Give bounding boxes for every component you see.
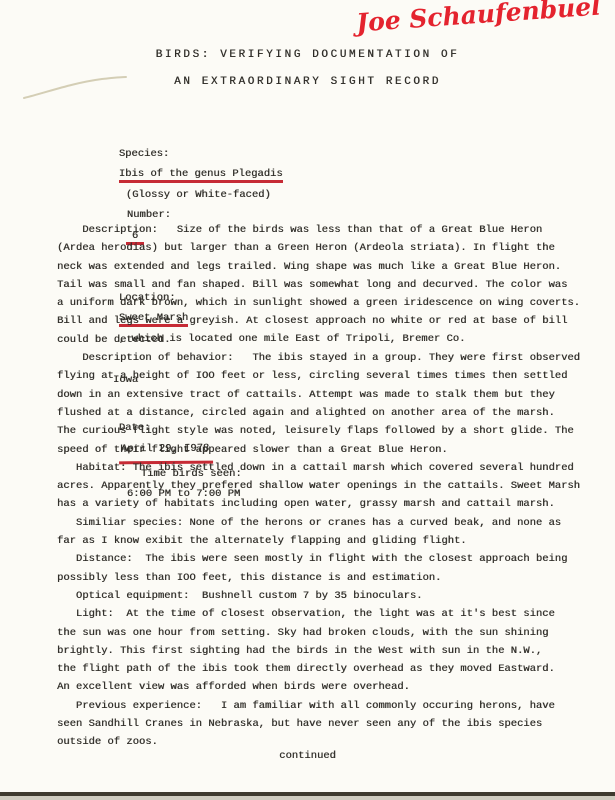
species-qualifier: (Glossy or White-faced) [126,189,271,201]
document-line: Previous experience: I am familiar with … [57,697,580,715]
document-line: speed of their flight appeared slower th… [57,441,580,459]
document-line: An excellent view was afforded when bird… [57,678,580,696]
document-line: Habitat: The ibis settled down in a catt… [57,459,580,477]
document-line: could be detected. [57,331,580,349]
document-body: Description: Size of the birds was less … [57,221,580,752]
document-line: Bill and legs were a greyish. At closest… [57,312,580,330]
document-line: down in an extensive tract of cattails. … [57,386,580,404]
document-line: has a variety of habitats including open… [57,495,580,513]
document-line: (Ardea herodias) but larger than a Green… [57,239,580,257]
document-line: flying at a height of IOO feet or less, … [57,367,580,385]
document-line: the flight path of the ibis took them di… [57,660,580,678]
number-label: Number: [127,209,171,221]
handwritten-signature: Joe Schaufenbuel [355,0,601,38]
document-line: brightly. This first sighting had the bi… [57,642,580,660]
species-label: Species: [119,148,169,160]
document-line: Distance: The ibis were seen mostly in f… [57,550,580,568]
title-line-2: AN EXTRAORDINARY SIGHT RECORD [0,75,615,89]
continued-footer: continued [0,750,615,762]
document-line: Optical equipment: Bushnell custom 7 by … [57,587,580,605]
document-line: a uniform dark brown, which in sunlight … [57,294,580,312]
document-line: possibly less than IOO feet, this distan… [57,569,580,587]
document-line: Light: At the time of closest observatio… [57,605,580,623]
document-line: acres. Apparently they prefered shallow … [57,477,580,495]
document-line: Description of behavior: The ibis stayed… [57,349,580,367]
species-value: Ibis of the genus Plegadis [119,168,283,183]
title-line-1: BIRDS: VERIFYING DOCUMENTATION OF [0,48,615,62]
document-line: Tail was small and fan shaped. Bill was … [57,276,580,294]
scanned-document-page: Joe Schaufenbuel BIRDS: VERIFYING DOCUME… [0,0,615,800]
document-line: far as I know exibit the alternately fla… [57,532,580,550]
document-line: Similiar species: None of the herons or … [57,514,580,532]
document-line: The curious flight style was noted, leis… [57,422,580,440]
document-line: neck was extended and legs trailed. Wing… [57,258,580,276]
document-line: seen Sandhill Cranes in Nebraska, but ha… [57,715,580,733]
document-title: BIRDS: VERIFYING DOCUMENTATION OF AN EXT… [0,48,615,89]
document-line: flushed at a distance, circled again and… [57,404,580,422]
document-line: outside of zoos. [57,733,580,751]
document-line: Description: Size of the birds was less … [57,221,580,239]
scan-background-strip [0,796,615,800]
document-line: the sun was one hour from setting. Sky h… [57,624,580,642]
